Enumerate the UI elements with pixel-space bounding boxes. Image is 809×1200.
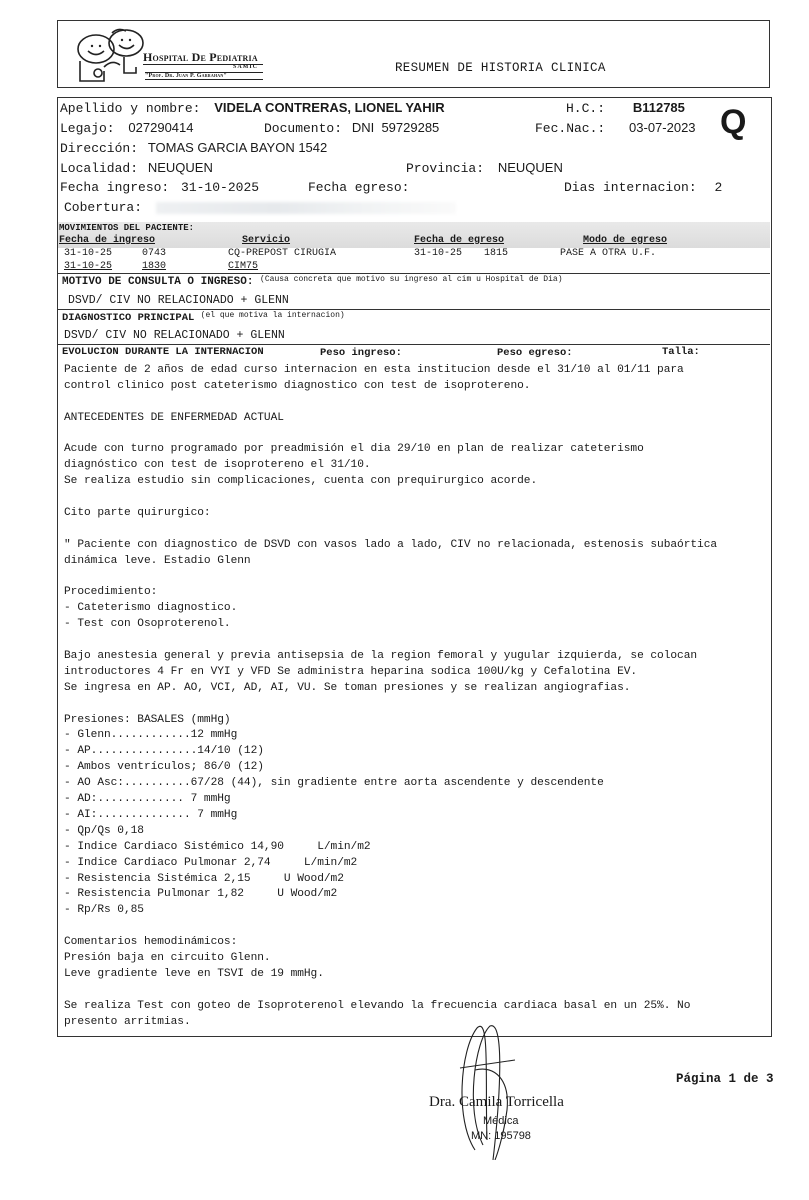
localidad-label: Localidad: (60, 161, 138, 176)
fecha-ingreso-label: Fecha ingreso: (60, 180, 169, 195)
hc-label: H.C.: (566, 101, 605, 116)
doctor-role: Médica (483, 1115, 518, 1127)
evolucion-line: diagnóstico con test de isoprotereno el … (64, 458, 770, 474)
motivo-section-title: MOTIVO DE CONSULTA O INGRESO: (Causa con… (62, 275, 563, 288)
evolucion-line: - AD:............. 7 mmHg (64, 792, 770, 808)
mov-hora-ingreso: 1830 (142, 261, 166, 272)
provincia-label: Provincia: (406, 161, 484, 176)
evolucion-line: - AP................14/10 (12) (64, 744, 770, 760)
evolucion-line (64, 983, 770, 999)
evolucion-line: Bajo anestesia general y previa antiseps… (64, 649, 770, 665)
evolucion-line: presento arritmias. (64, 1015, 770, 1031)
evolucion-line: Paciente de 2 años de edad curso interna… (64, 363, 770, 379)
col-modo-egreso: Modo de egreso (583, 235, 667, 246)
evolucion-line: - Indice Cardiaco Sistémico 14,90 L/min/… (64, 840, 770, 856)
cobertura-label: Cobertura: (64, 200, 142, 215)
mov-hora-ingreso: 0743 (142, 248, 166, 259)
doctor-license: MN: 195798 (471, 1130, 531, 1142)
page-indicator: Página 1 de 3 (676, 1072, 774, 1086)
evolucion-line: Acude con turno programado por preadmisi… (64, 442, 770, 458)
provincia-value: NEUQUEN (498, 160, 563, 175)
fec-nac-label: Fec.Nac.: (535, 121, 605, 136)
evolucion-line: - Rp/Rs 0,85 (64, 903, 770, 919)
cobertura-row: Cobertura: (64, 200, 456, 215)
direccion-value: TOMAS GARCIA BAYON 1542 (148, 140, 327, 155)
evolucion-line (64, 427, 770, 443)
evolucion-line: - AO Asc:..........67/28 (44), sin gradi… (64, 776, 770, 792)
evolucion-line: - Qp/Qs 0,18 (64, 824, 770, 840)
mov-hora-egreso: 1815 (484, 248, 508, 259)
evolucion-line: - Indice Cardiaco Pulmonar 2,74 L/min/m2 (64, 856, 770, 872)
dias-label: Dias internacion: (564, 180, 697, 195)
peso-ingreso-label: Peso ingreso: (320, 347, 402, 359)
mov-servicio: CQ-PREPOST CIRUGIA (228, 248, 336, 259)
documento-row: Documento: DNI 59729285 (264, 120, 439, 136)
evolucion-line: Comentarios hemodinámicos: (64, 935, 770, 951)
evolucion-line (64, 570, 770, 586)
evolucion-line: Se realiza Test con goteo de Isoproteren… (64, 999, 770, 1015)
divider (58, 309, 770, 310)
diagnostico-title: DIAGNOSTICO PRINCIPAL (62, 312, 194, 324)
direccion-row: Dirección: TOMAS GARCIA BAYON 1542 (60, 140, 327, 156)
document-header: Hospital De Pediatria SAMIC "Prof. Dr. J… (57, 20, 770, 88)
evolucion-line: ANTECEDENTES DE ENFERMEDAD ACTUAL (64, 411, 770, 427)
evolucion-line (64, 522, 770, 538)
evolucion-line: - Cateterismo diagnostico. (64, 601, 770, 617)
hospital-samic: SAMIC (233, 64, 258, 70)
fec-nac-row: Fec.Nac.: 03-07-2023 (535, 120, 696, 136)
evolucion-line: introductores 4 Fr en VYI y VFD Se admin… (64, 665, 770, 681)
mov-modo-egreso: PASE A OTRA U.F. (560, 248, 656, 259)
hc-value: B112785 (633, 100, 685, 115)
evolucion-line: - Resistencia Sistémica 2,15 U Wood/m2 (64, 872, 770, 888)
legajo-label: Legajo: (60, 121, 115, 136)
evolucion-body: Paciente de 2 años de edad curso interna… (64, 363, 770, 1030)
evolucion-line (64, 395, 770, 411)
evolucion-line: Presión baja en circuito Glenn. (64, 951, 770, 967)
evolucion-title: EVOLUCION DURANTE LA INTERNACION (62, 346, 264, 358)
hospital-subtitle: "Prof. Dr. Juan P. Garrahan" (145, 72, 263, 80)
evolucion-line (64, 919, 770, 935)
talla-label: Talla: (662, 346, 700, 358)
peso-egreso-label: Peso egreso: (497, 347, 573, 359)
legajo-row: Legajo: 027290414 (60, 120, 194, 136)
direccion-label: Dirección: (60, 141, 138, 156)
col-fecha-ingreso: Fecha de ingreso (59, 235, 155, 246)
patient-name: VIDELA CONTRERAS, LIONEL YAHIR (214, 100, 444, 115)
evolucion-line (64, 633, 770, 649)
provincia-row: Provincia: NEUQUEN (406, 160, 563, 176)
localidad-value: NEUQUEN (148, 160, 213, 175)
clinical-summary-form: Apellido y nombre: VIDELA CONTRERAS, LIO… (57, 97, 772, 1037)
evolucion-line: Leve gradiente leve en TSVI de 19 mmHg. (64, 967, 770, 983)
evolucion-line: Se realiza estudio sin complicaciones, c… (64, 474, 770, 490)
evolucion-line (64, 490, 770, 506)
col-fecha-egreso: Fecha de egreso (414, 235, 504, 246)
evolucion-line: dinámica leve. Estadio Glenn (64, 554, 770, 570)
evolucion-line: " Paciente con diagnostico de DSVD con v… (64, 538, 770, 554)
diagnostico-note: (el que motiva la internacion) (201, 311, 345, 320)
category-letter: Q (720, 103, 746, 142)
hospital-name: Hospital De Pediatria (143, 51, 263, 65)
mov-servicio: CIM75 (228, 261, 258, 272)
documento-value: DNI 59729285 (352, 120, 439, 135)
fecha-egreso-row: Fecha egreso: (308, 180, 409, 195)
mov-fecha-ingreso: 31-10-25 (64, 261, 112, 272)
evolucion-line: Se ingresa en AP. AO, VCI, AD, AI, VU. S… (64, 681, 770, 697)
diagnostico-value: DSVD/ CIV NO RELACIONADO + GLENN (64, 329, 285, 342)
motivo-title: MOTIVO DE CONSULTA O INGRESO: (62, 276, 253, 288)
dias-internacion-row: Dias internacion: 2 (564, 180, 722, 195)
evolucion-line: - AI:.............. 7 mmHg (64, 808, 770, 824)
dias-value: 2 (714, 180, 722, 195)
evolucion-line: - Test con Osoproterenol. (64, 617, 770, 633)
evolucion-line (64, 697, 770, 713)
evolucion-line: - Ambos ventrículos; 86/0 (12) (64, 760, 770, 776)
name-label: Apellido y nombre: (60, 101, 200, 116)
legajo-value: 027290414 (128, 120, 193, 135)
movements-title: MOVIMIENTOS DEL PACIENTE: (59, 223, 194, 233)
divider (58, 344, 770, 345)
evolucion-line: control clinico post cateterismo diagnos… (64, 379, 770, 395)
fec-nac-value: 03-07-2023 (629, 120, 696, 135)
evolucion-line: Procedimiento: (64, 585, 770, 601)
hc-row: H.C.: B112785 (566, 100, 685, 116)
evolucion-line: Cito parte quirurgico: (64, 506, 770, 522)
col-servicio: Servicio (242, 235, 290, 246)
localidad-row: Localidad: NEUQUEN (60, 160, 213, 176)
fecha-ingreso-value: 31-10-2025 (181, 180, 259, 195)
doctor-name: Dra. Camila Torricella (429, 1094, 564, 1111)
fecha-ingreso-row: Fecha ingreso: 31-10-2025 (60, 180, 259, 195)
motivo-value: DSVD/ CIV NO RELACIONADO + GLENN (68, 294, 289, 307)
documento-label: Documento: (264, 121, 342, 136)
evolucion-line: - Glenn............12 mmHg (64, 728, 770, 744)
fecha-egreso-label: Fecha egreso: (308, 180, 409, 195)
evolucion-line: - Resistencia Pulmonar 1,82 U Wood/m2 (64, 887, 770, 903)
mov-fecha-egreso: 31-10-25 (414, 248, 462, 259)
evolucion-line: Presiones: BASALES (mmHg) (64, 713, 770, 729)
divider (58, 273, 770, 274)
mov-fecha-ingreso: 31-10-25 (64, 248, 112, 259)
patient-name-row: Apellido y nombre: VIDELA CONTRERAS, LIO… (60, 100, 445, 116)
diagnostico-section-title: DIAGNOSTICO PRINCIPAL (el que motiva la … (62, 311, 345, 324)
cobertura-redacted (156, 202, 456, 214)
document-title: RESUMEN DE HISTORIA CLINICA (395, 61, 606, 75)
motivo-note: (Causa concreta que motivo su ingreso al… (260, 275, 562, 284)
